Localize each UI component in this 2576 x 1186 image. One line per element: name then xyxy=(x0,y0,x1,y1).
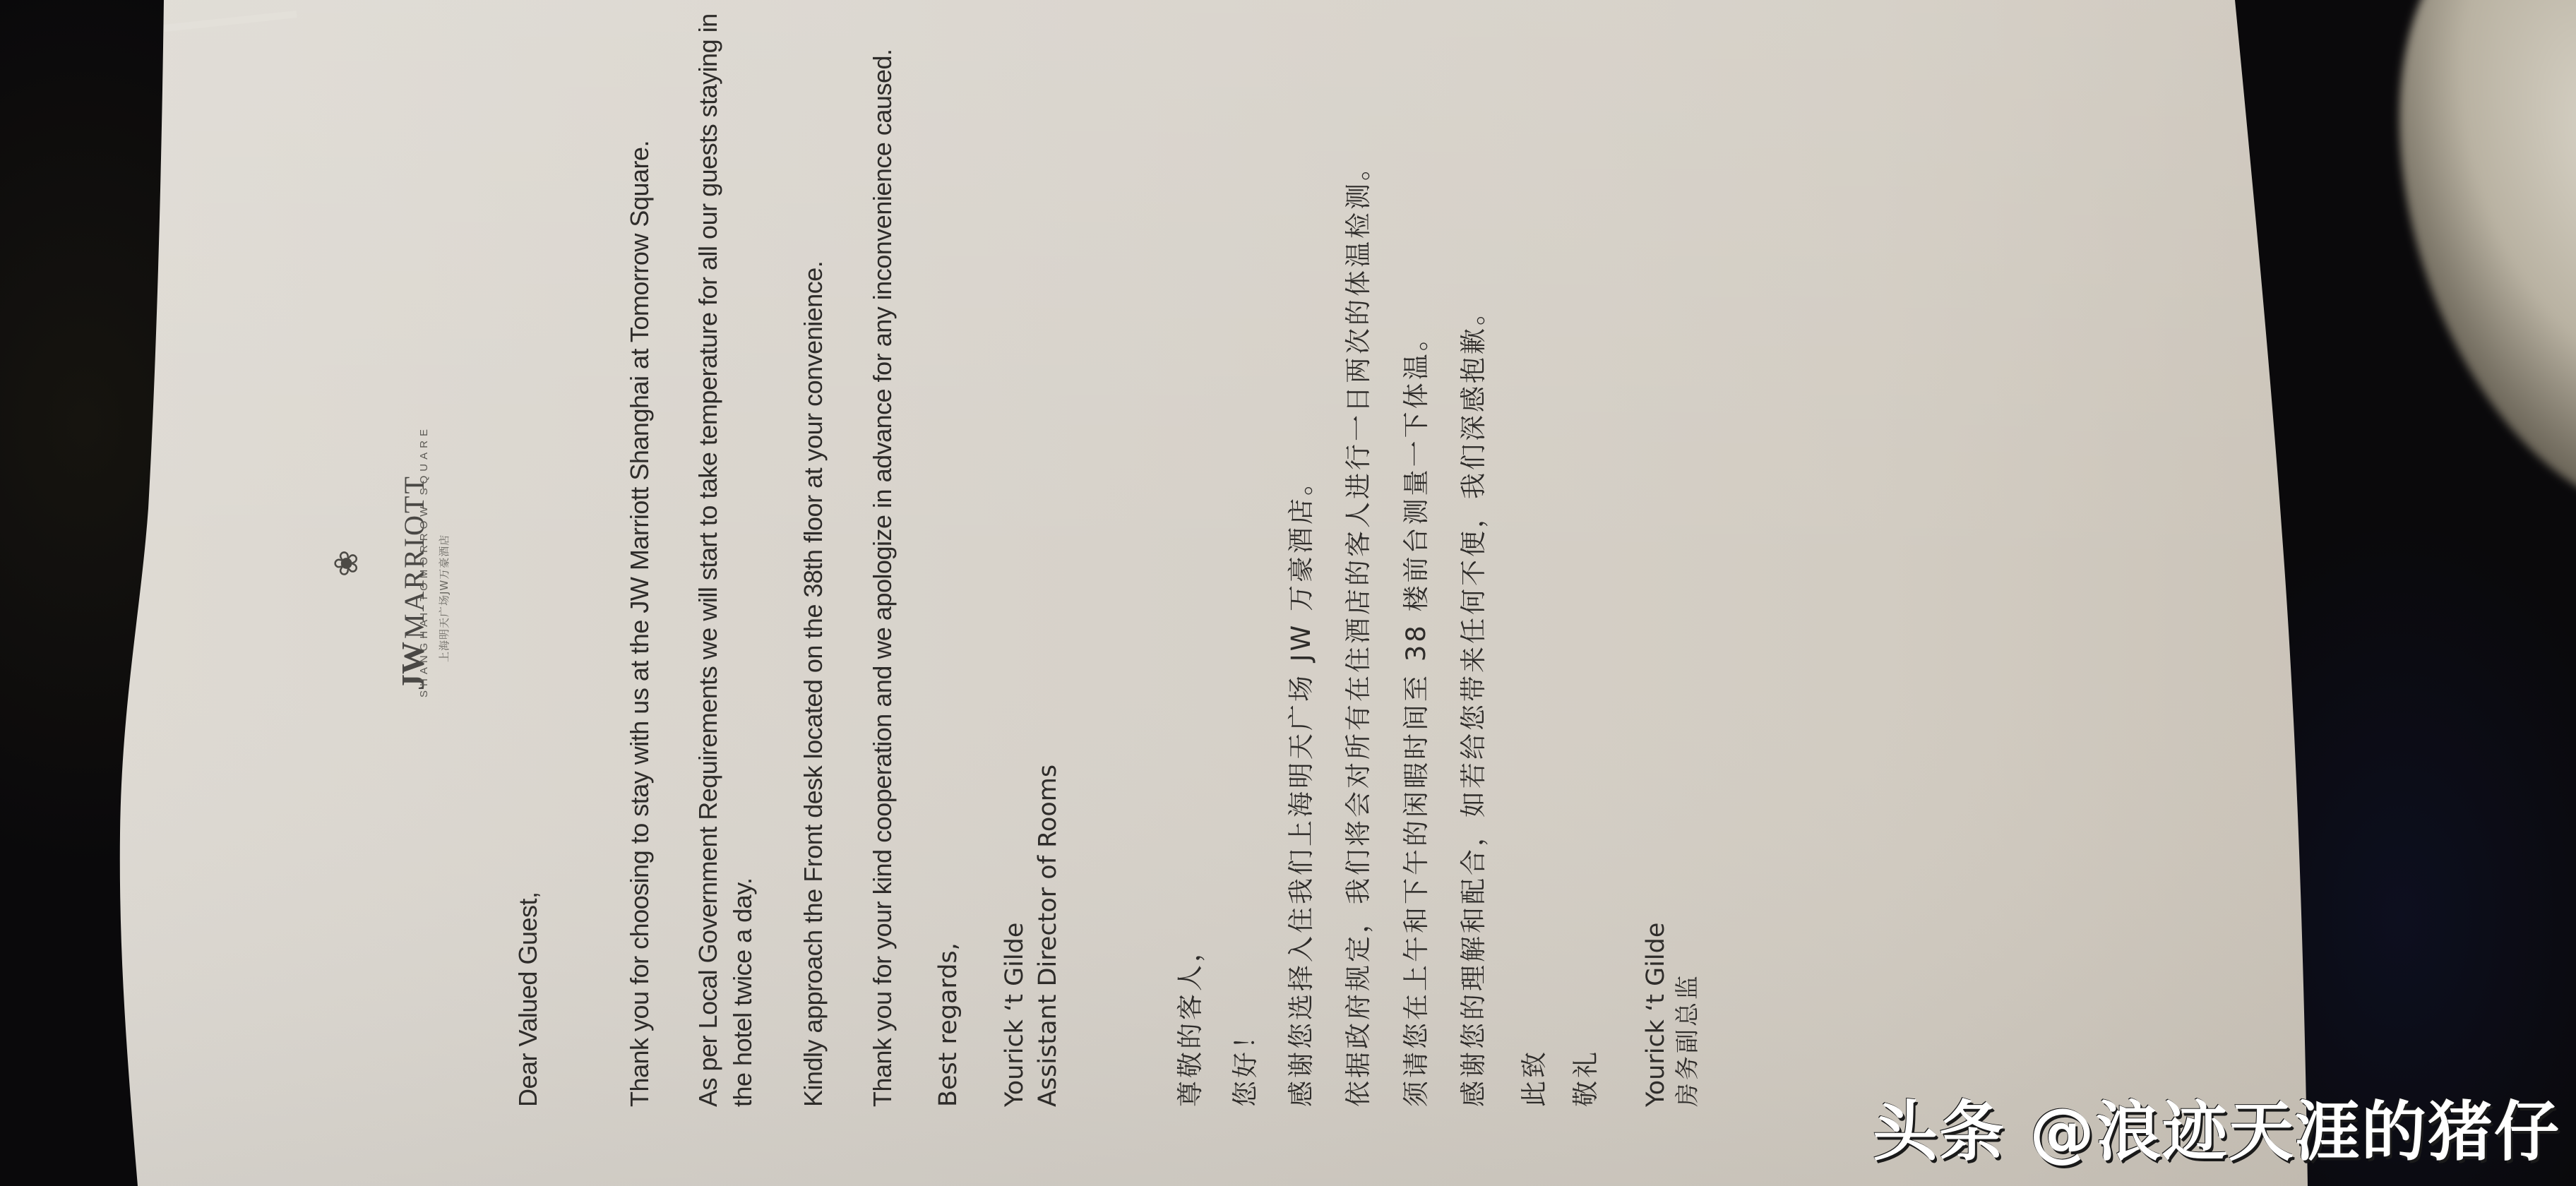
paragraph-en-2b: the hotel twice a day. xyxy=(730,877,756,1107)
closing-zh-2: 敬礼 xyxy=(1573,1049,1599,1107)
hotel-logo: ❀ JWMARRIOTT SHANGHAI TOMORROW SQUARE 上海… xyxy=(326,438,482,699)
signer-name-zh: Yourick ‘t Gilde xyxy=(1644,923,1669,1107)
watermark: 头条 @浪迹天涯的猪仔 xyxy=(1873,1080,2560,1173)
paragraph-en-3: Kindly approach the Front desk located o… xyxy=(801,261,826,1107)
brand-chinese-name: 上海明天广场JW万豪酒店 xyxy=(436,534,451,662)
salutation-zh: 尊敬的客人， xyxy=(1177,933,1203,1107)
paragraph-zh-2: 依据政府规定，我们将会对所有在住酒店的客人进行一日两次的体温检测。 xyxy=(1345,152,1371,1107)
letter-content: ❀ JWMARRIOTT SHANGHAI TOMORROW SQUARE 上海… xyxy=(0,0,2576,1186)
closing-zh-1: 此致 xyxy=(1521,1049,1547,1107)
griffin-icon: ❀ xyxy=(326,544,366,583)
signer-title-zh: 房务副总监 xyxy=(1676,973,1700,1107)
greeting-zh: 您好！ xyxy=(1232,1020,1258,1107)
closing-en: Best regards, xyxy=(936,942,961,1107)
paragraph-en-2: As per Local Government Requirements we … xyxy=(696,13,721,1107)
signer-name-en: Yourick ‘t Gilde xyxy=(1003,923,1027,1107)
paragraph-zh-1: 感谢您选择入住我们上海明天广场 JW 万豪酒店。 xyxy=(1288,467,1314,1107)
paragraph-en-1: Thank you for choosing to stay with us a… xyxy=(627,140,652,1107)
signer-title-en: Assistant Director of Rooms xyxy=(1036,765,1061,1107)
paragraph-zh-3: 须请您在上午和下午的闲暇时间至 38 楼前台测量一下体温。 xyxy=(1403,322,1429,1107)
paragraph-en-4: Thank you for your kind cooperation and … xyxy=(870,49,895,1108)
paragraph-zh-4: 感谢您的理解和配合，如若给您带来任何不便，我们深感抱歉。 xyxy=(1460,296,1486,1107)
salutation-en: Dear Valued Guest, xyxy=(515,892,541,1107)
brand-location: SHANGHAI TOMORROW SQUARE xyxy=(418,425,430,697)
